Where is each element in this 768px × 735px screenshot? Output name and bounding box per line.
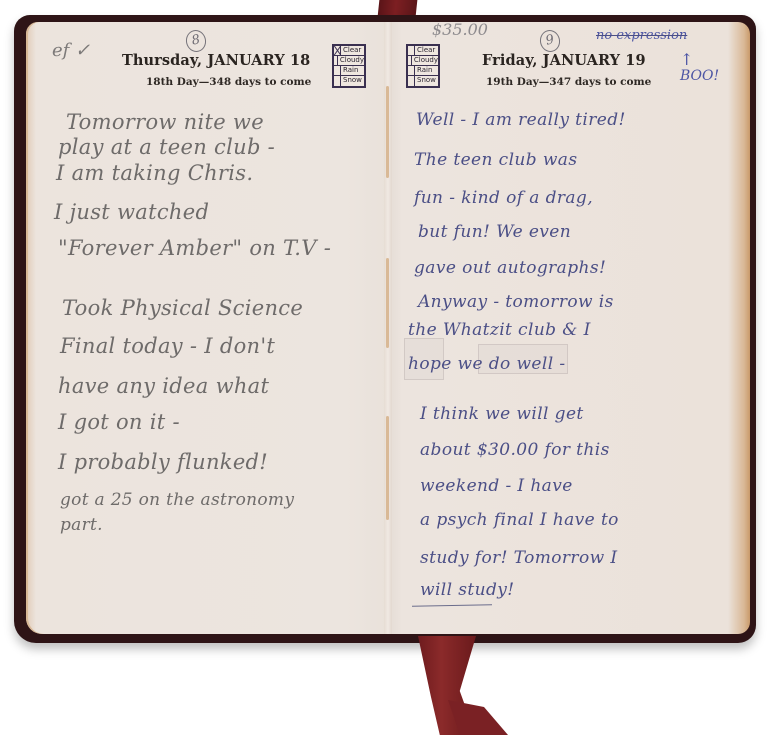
entry-line: I got on it - bbox=[58, 410, 180, 434]
weather-option-snow: Snow bbox=[408, 76, 438, 86]
entry-line: Took Physical Science bbox=[62, 296, 303, 320]
weather-checklist: Clear Cloudy Rain Snow bbox=[406, 44, 440, 88]
day-count: 18th Day—348 days to come bbox=[146, 76, 311, 88]
entry-line: Tomorrow nite we bbox=[66, 110, 264, 134]
entry-line: but fun! We even bbox=[418, 222, 571, 242]
date-heading: Friday, JANUARY 19 bbox=[482, 52, 646, 69]
entry-line: will study! bbox=[420, 580, 515, 600]
entry-line: have any idea what bbox=[58, 374, 269, 398]
entry-line: "Forever Amber" on T.V - bbox=[58, 236, 331, 260]
entry-line: Anyway - tomorrow is bbox=[418, 292, 614, 312]
binding-stitch bbox=[386, 416, 389, 520]
checkbox bbox=[334, 66, 341, 75]
weather-option-cloudy: Cloudy bbox=[334, 56, 364, 66]
checkbox bbox=[334, 76, 341, 86]
checkbox-checked bbox=[334, 46, 341, 55]
weather-option-clear: Clear bbox=[334, 46, 364, 56]
entry-line: I am taking Chris. bbox=[56, 161, 253, 185]
entry-line: I think we will get bbox=[420, 404, 584, 424]
entry-line: fun - kind of a drag, bbox=[414, 188, 593, 208]
checkbox bbox=[408, 76, 415, 86]
weather-option-cloudy: Cloudy bbox=[408, 56, 438, 66]
weather-option-snow: Snow bbox=[334, 76, 364, 86]
date-heading: Thursday, JANUARY 18 bbox=[122, 52, 310, 69]
entry-line: the Whatzit club & I bbox=[408, 320, 591, 340]
entry-line: Well - I am really tired! bbox=[416, 110, 626, 130]
weather-option-rain: Rain bbox=[334, 66, 364, 76]
boo-note: BOO! bbox=[680, 68, 719, 84]
checkbox bbox=[334, 56, 338, 65]
weather-checklist: Clear Cloudy Rain Snow bbox=[332, 44, 366, 88]
entry-line: gave out autographs! bbox=[414, 258, 606, 278]
weather-option-rain: Rain bbox=[408, 66, 438, 76]
entry-line: a psych final I have to bbox=[420, 510, 619, 530]
entry-line: Final today - I don't bbox=[60, 334, 275, 358]
checkbox bbox=[408, 56, 412, 65]
checkbox bbox=[408, 46, 415, 55]
entry-line: I probably flunked! bbox=[58, 450, 268, 474]
entry-line: part. bbox=[60, 515, 103, 535]
entry-line: got a 25 on the astronomy bbox=[60, 490, 294, 510]
entry-line: play at a teen club - bbox=[58, 135, 275, 159]
entry-line: The teen club was bbox=[414, 150, 577, 170]
struck-note: no expression bbox=[596, 28, 687, 43]
weather-option-clear: Clear bbox=[408, 46, 438, 56]
entry-line: study for! Tomorrow I bbox=[420, 548, 617, 568]
day-count: 19th Day—347 days to come bbox=[486, 76, 651, 88]
binding-stitch bbox=[386, 86, 389, 178]
entry-line: I just watched bbox=[54, 200, 209, 224]
entry-line: hope we do well - bbox=[408, 354, 566, 374]
entry-line: weekend - I have bbox=[420, 476, 573, 496]
binding-stitch bbox=[386, 258, 389, 348]
corner-note: ef ✓ bbox=[52, 40, 90, 61]
entry-line: about $30.00 for this bbox=[420, 440, 610, 460]
amount-note: $35.00 bbox=[432, 20, 488, 39]
arrow-up-icon: ↑ bbox=[680, 50, 693, 69]
checkbox bbox=[408, 66, 415, 75]
